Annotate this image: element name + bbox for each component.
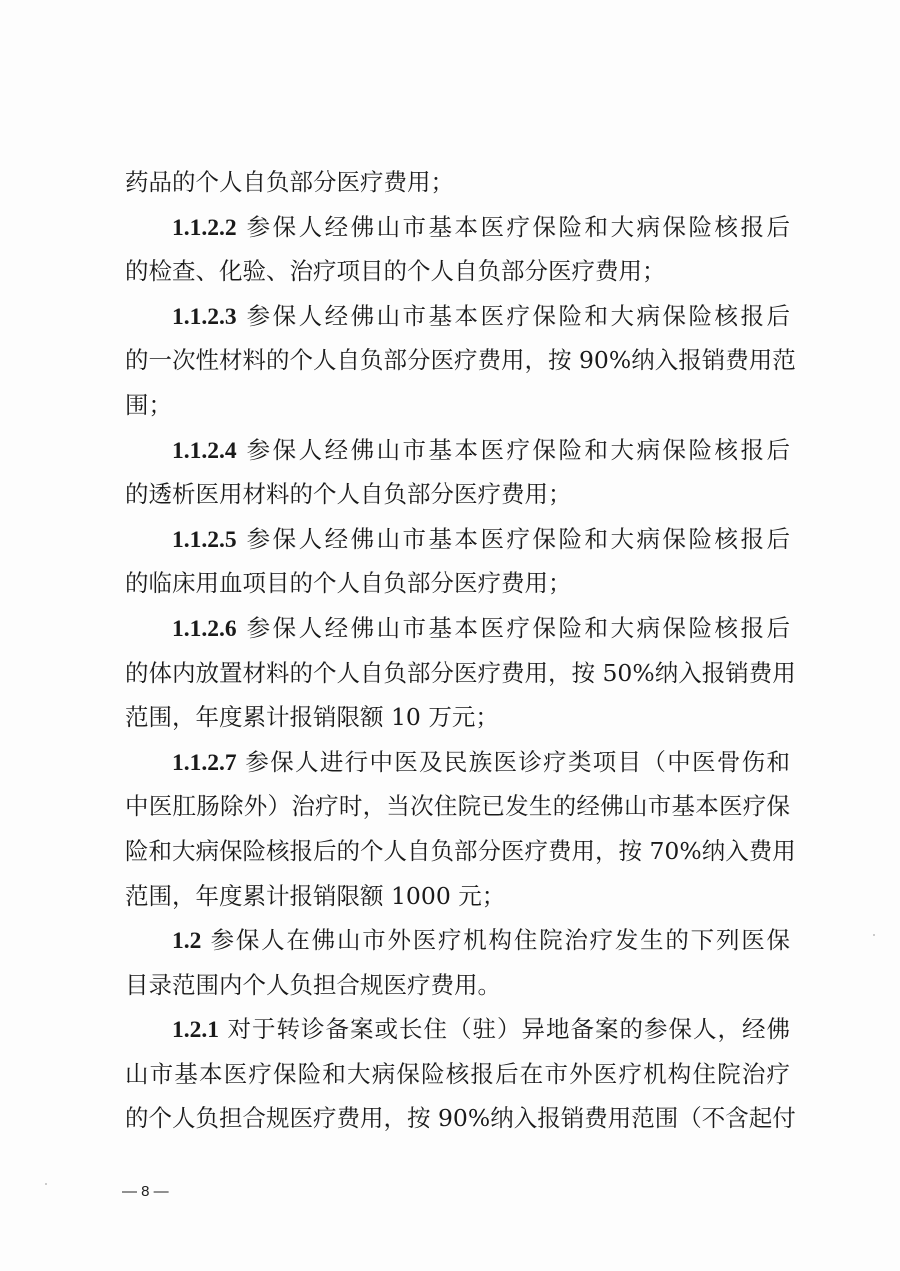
text-line: 的透析医用材料的个人自负部分医疗费用； bbox=[125, 472, 790, 517]
text-line: 的检查、化验、治疗项目的个人自负部分医疗费用； bbox=[125, 249, 790, 294]
line-text: 的一次性材料的个人自负部分医疗费用，按 90%纳入报销费用范 bbox=[125, 346, 796, 374]
line-text: 的临床用血项目的个人自负部分医疗费用； bbox=[125, 569, 572, 597]
text-line: 山市基本医疗保险和大病保险核报后在市外医疗机构住院治疗 bbox=[125, 1052, 790, 1097]
clause-number: 1.1.2.2 bbox=[172, 215, 237, 241]
clause-line: 1.1.2.3 参保人经佛山市基本医疗保险和大病保险核报后 bbox=[125, 294, 790, 339]
text-line: 中医肛肠除外）治疗时，当次住院已发生的经佛山市基本医疗保 bbox=[125, 784, 790, 829]
scan-speck bbox=[873, 934, 875, 936]
text-line: 的体内放置材料的个人自负部分医疗费用，按 50%纳入报销费用 bbox=[125, 651, 790, 696]
clause-number: 1.1.2.4 bbox=[172, 438, 237, 464]
line-text: 的个人负担合规医疗费用，按 90%纳入报销费用范围（不含起付 bbox=[125, 1104, 796, 1132]
line-text: 目录范围内个人负担合规医疗费用。 bbox=[125, 971, 501, 999]
line-text: 的透析医用材料的个人自负部分医疗费用； bbox=[125, 480, 572, 508]
scan-speck bbox=[45, 1183, 47, 1185]
document-body: 药品的个人自负部分医疗费用； 1.1.2.2 参保人经佛山市基本医疗保险和大病保… bbox=[125, 160, 790, 1141]
clause-line: 1.1.2.5 参保人经佛山市基本医疗保险和大病保险核报后 bbox=[125, 517, 790, 562]
line-text: 范围，年度累计报销限额 10 万元； bbox=[125, 703, 499, 731]
line-text: 药品的个人自负部分医疗费用； bbox=[125, 168, 454, 196]
line-text: 参保人经佛山市基本医疗保险和大病保险核报后 bbox=[237, 213, 790, 241]
line-text: 参保人经佛山市基本医疗保险和大病保险核报后 bbox=[237, 436, 790, 464]
page-number: — 8 — bbox=[122, 1183, 169, 1200]
clause-line: 1.1.2.4 参保人经佛山市基本医疗保险和大病保险核报后 bbox=[125, 428, 790, 473]
text-line: 的一次性材料的个人自负部分医疗费用，按 90%纳入报销费用范 bbox=[125, 338, 790, 383]
clause-number: 1.2 bbox=[172, 928, 201, 954]
line-text: 参保人进行中医及民族医诊疗类项目（中医骨伤和 bbox=[237, 748, 790, 776]
clause-number: 1.2.1 bbox=[172, 1017, 219, 1043]
line-text: 山市基本医疗保险和大病保险核报后在市外医疗机构住院治疗 bbox=[125, 1060, 790, 1088]
clause-number: 1.1.2.7 bbox=[172, 750, 237, 776]
line-text: 中医肛肠除外）治疗时，当次住院已发生的经佛山市基本医疗保 bbox=[125, 792, 790, 820]
line-text: 对于转诊备案或长住（驻）异地备案的参保人，经佛 bbox=[219, 1015, 790, 1043]
line-text: 参保人经佛山市基本医疗保险和大病保险核报后 bbox=[237, 302, 790, 330]
clause-line: 1.1.2.7 参保人进行中医及民族医诊疗类项目（中医骨伤和 bbox=[125, 740, 790, 785]
text-line: 范围，年度累计报销限额 10 万元； bbox=[125, 695, 790, 740]
text-line: 的临床用血项目的个人自负部分医疗费用； bbox=[125, 561, 790, 606]
line-text: 险和大病保险核报后的个人自负部分医疗费用，按 70%纳入费用 bbox=[125, 837, 796, 865]
clause-line: 1.2.1 对于转诊备案或长住（驻）异地备案的参保人，经佛 bbox=[125, 1007, 790, 1052]
line-text: 参保人经佛山市基本医疗保险和大病保险核报后 bbox=[237, 614, 790, 642]
line-text: 范围，年度累计报销限额 1000 元； bbox=[125, 882, 505, 910]
text-line: 药品的个人自负部分医疗费用； bbox=[125, 160, 790, 205]
clause-line: 1.1.2.6 参保人经佛山市基本医疗保险和大病保险核报后 bbox=[125, 606, 790, 651]
text-line: 险和大病保险核报后的个人自负部分医疗费用，按 70%纳入费用 bbox=[125, 829, 790, 874]
line-text: 的体内放置材料的个人自负部分医疗费用，按 50%纳入报销费用 bbox=[125, 659, 796, 687]
line-text: 参保人经佛山市基本医疗保险和大病保险核报后 bbox=[237, 525, 790, 553]
clause-line: 1.1.2.2 参保人经佛山市基本医疗保险和大病保险核报后 bbox=[125, 205, 790, 250]
text-line: 围； bbox=[125, 383, 790, 428]
clause-number: 1.1.2.5 bbox=[172, 527, 237, 553]
line-text: 围； bbox=[125, 391, 172, 419]
clause-number: 1.1.2.6 bbox=[172, 616, 237, 642]
text-line: 的个人负担合规医疗费用，按 90%纳入报销费用范围（不含起付 bbox=[125, 1096, 790, 1141]
line-text: 参保人在佛山市外医疗机构住院治疗发生的下列医保 bbox=[201, 926, 790, 954]
clause-line: 1.2 参保人在佛山市外医疗机构住院治疗发生的下列医保 bbox=[125, 918, 790, 963]
document-page: 药品的个人自负部分医疗费用； 1.1.2.2 参保人经佛山市基本医疗保险和大病保… bbox=[0, 0, 900, 1271]
text-line: 范围，年度累计报销限额 1000 元； bbox=[125, 874, 790, 919]
line-text: 的检查、化验、治疗项目的个人自负部分医疗费用； bbox=[125, 257, 666, 285]
clause-number: 1.1.2.3 bbox=[172, 304, 237, 330]
text-line: 目录范围内个人负担合规医疗费用。 bbox=[125, 963, 790, 1008]
